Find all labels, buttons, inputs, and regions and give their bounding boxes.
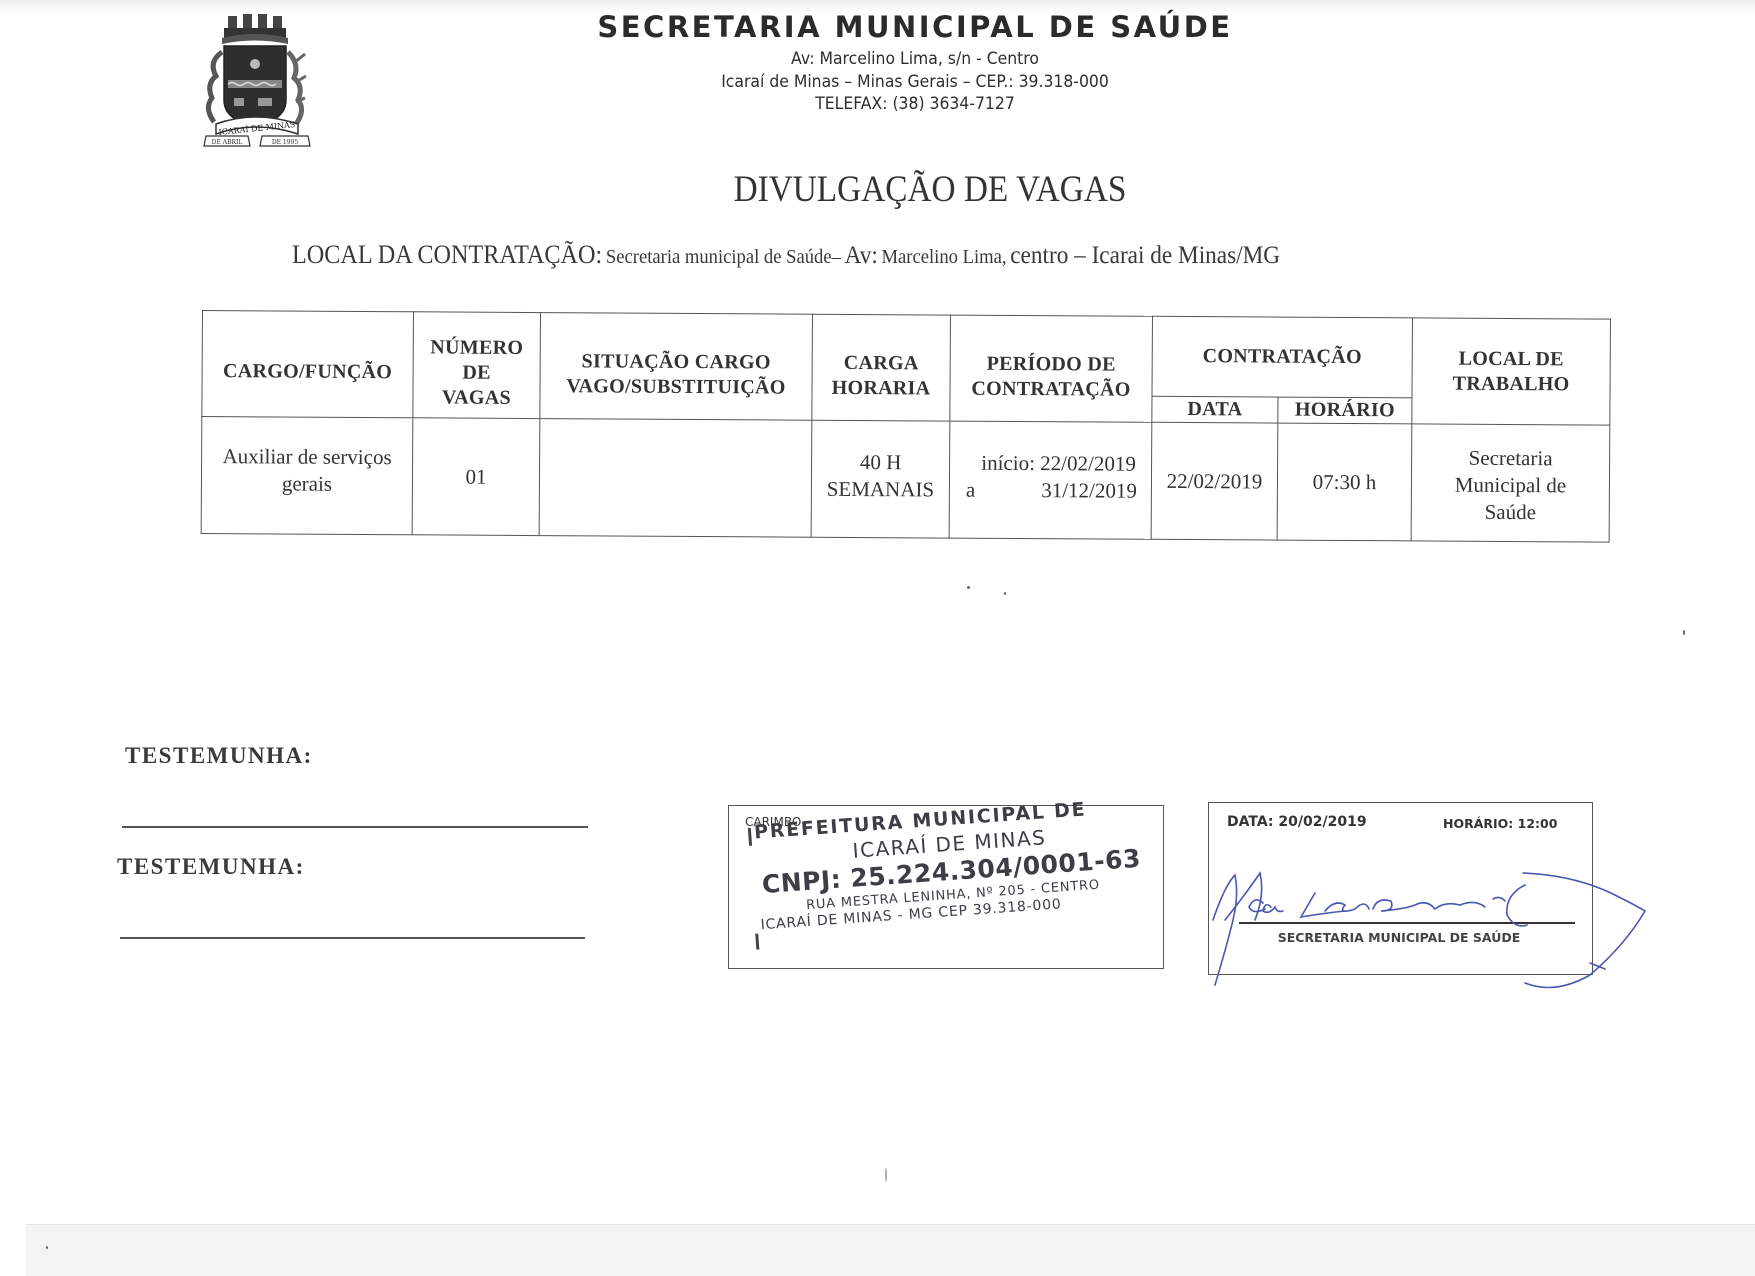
vacancy-table-wrapper: CARGO/FUNÇÃO NÚMERO DE VAGAS SITUAÇÃO CA…: [201, 310, 1611, 543]
header-carga: CARGA HORARIA: [812, 314, 951, 421]
cell-local-l2: Municipal de: [1412, 471, 1609, 499]
cell-horario: 07:30 h: [1277, 423, 1412, 541]
cell-periodo: início: 22/02/2019 a 31/12/2019: [949, 421, 1152, 539]
header-periodo-l1: PERÍODO DE: [951, 351, 1152, 377]
cell-periodo-fim-row: a 31/12/2019: [966, 477, 1151, 505]
scan-speck: [1004, 592, 1006, 595]
cell-periodo-a: a: [966, 477, 975, 504]
signer-label: SECRETARIA MUNICIPAL DE SAÚDE: [1249, 930, 1549, 945]
header-numero-l1: NÚMERO: [414, 335, 540, 361]
cell-carga-l2: SEMANAIS: [812, 476, 949, 504]
header-carga-l1: CARGA: [813, 350, 950, 376]
cell-cargo-l1: Auxiliar de serviços: [202, 443, 412, 471]
witness-label-2: TESTEMUNHA:: [117, 854, 305, 880]
coat-of-arms-icon: ICARAÍ DE MINAS DE ABRIL DE 1995: [200, 12, 315, 150]
header-numero: NÚMERO DE VAGAS: [413, 312, 541, 419]
cell-situacao: [539, 419, 812, 538]
cell-data: 22/02/2019: [1151, 422, 1278, 540]
header-periodo: PERÍODO DE CONTRATAÇÃO: [950, 315, 1153, 422]
witness-signature-line-1: [122, 826, 588, 828]
vacancy-table: CARGO/FUNÇÃO NÚMERO DE VAGAS SITUAÇÃO CA…: [201, 310, 1611, 543]
header-carga-l2: HORARIA: [812, 375, 949, 401]
header-periodo-l2: CONTRATAÇÃO: [950, 376, 1151, 402]
header-numero-l3: VAGAS: [413, 385, 539, 411]
document-title: DIVULGAÇÃO DE VAGAS: [597, 168, 1263, 211]
svg-text:DE ABRIL: DE ABRIL: [212, 139, 243, 146]
stamp-bracket-bottom: [755, 934, 759, 950]
cell-cargo-l2: gerais: [202, 470, 412, 498]
scan-speck: [46, 1246, 48, 1249]
header-cargo: CARGO/FUNÇÃO: [202, 311, 414, 418]
cell-carga-l1: 40 H: [812, 449, 949, 477]
header-horario: HORÁRIO: [1278, 397, 1412, 424]
header-local-l2: TRABALHO: [1412, 371, 1609, 397]
signature-line: [1239, 922, 1575, 924]
table-row: Auxiliar de serviços gerais 01 40 H SEMA…: [201, 417, 1610, 543]
header-data: DATA: [1152, 396, 1278, 423]
cell-periodo-fim: 31/12/2019: [1041, 477, 1137, 505]
city-line: Icaraí de Minas – Minas Gerais – CEP.: 3…: [588, 72, 1241, 92]
local-part3: Marcelino Lima,: [882, 246, 1007, 268]
scan-speck: [1683, 630, 1685, 635]
scan-bottom-edge: [0, 1224, 1755, 1276]
header-situacao-l1: SITUAÇÃO CARGO: [541, 349, 812, 376]
local-label: LOCAL DA CONTRATAÇÃO:: [292, 240, 602, 269]
institution-name: SECRETARIA MUNICIPAL DE SAÚDE: [560, 10, 1270, 44]
cell-local-l3: Saúde: [1412, 498, 1609, 526]
municipal-stamp: PREFEITURA MUNICIPAL DE ICARAÍ DE MINAS …: [747, 788, 1154, 934]
local-part1: Secretaria municipal de Saúde–: [606, 246, 841, 268]
local-part2: Av:: [845, 242, 878, 269]
header-local: LOCAL DE TRABALHO: [1412, 318, 1611, 425]
header-contratacao-text: CONTRATAÇÃO: [1203, 345, 1362, 368]
scan-bottom-left-margin: [0, 1224, 26, 1276]
cell-numero: 01: [412, 418, 540, 536]
stamp-box: CARIMBO PREFEITURA MUNICIPAL DE ICARAÍ D…: [728, 805, 1164, 969]
header-situacao: SITUAÇÃO CARGO VAGO/SUBSTITUIÇÃO: [540, 313, 813, 421]
signature-date: DATA: 20/02/2019: [1227, 814, 1367, 830]
header-local-l1: LOCAL DE: [1413, 346, 1610, 372]
header-situacao-l2: VAGO/SUBSTITUIÇÃO: [540, 374, 811, 401]
scan-speck: [885, 1168, 887, 1182]
header-contratacao: CONTRATAÇÃO: [1152, 316, 1412, 398]
cell-periodo-inicio: início: 22/02/2019: [966, 450, 1151, 478]
signature-box: DATA: 20/02/2019 HORÁRIO: 12:00 SECRETAR…: [1208, 802, 1593, 975]
witness-label-1: TESTEMUNHA:: [125, 743, 313, 769]
cell-local-l1: Secretaria: [1412, 444, 1609, 472]
cell-local: Secretaria Municipal de Saúde: [1411, 424, 1610, 542]
signature-time: HORÁRIO: 12:00: [1443, 816, 1557, 831]
local-part4: centro – Icarai de Minas/MG: [1010, 242, 1280, 269]
cell-carga: 40 H SEMANAIS: [811, 420, 950, 538]
local-da-contratacao: LOCAL DA CONTRATAÇÃO: Secretaria municip…: [292, 240, 1280, 270]
address-line: Av: Marcelino Lima, s/n - Centro: [588, 49, 1241, 69]
scan-speck: [967, 586, 970, 589]
svg-text:DE 1995: DE 1995: [272, 139, 299, 146]
header-cargo-text: CARGO/FUNÇÃO: [223, 360, 392, 383]
witness-signature-line-2: [120, 937, 585, 939]
cell-cargo: Auxiliar de serviços gerais: [201, 417, 413, 535]
phone-line: TELEFAX: (38) 3634-7127: [588, 94, 1241, 114]
header-numero-l2: DE: [414, 360, 540, 386]
